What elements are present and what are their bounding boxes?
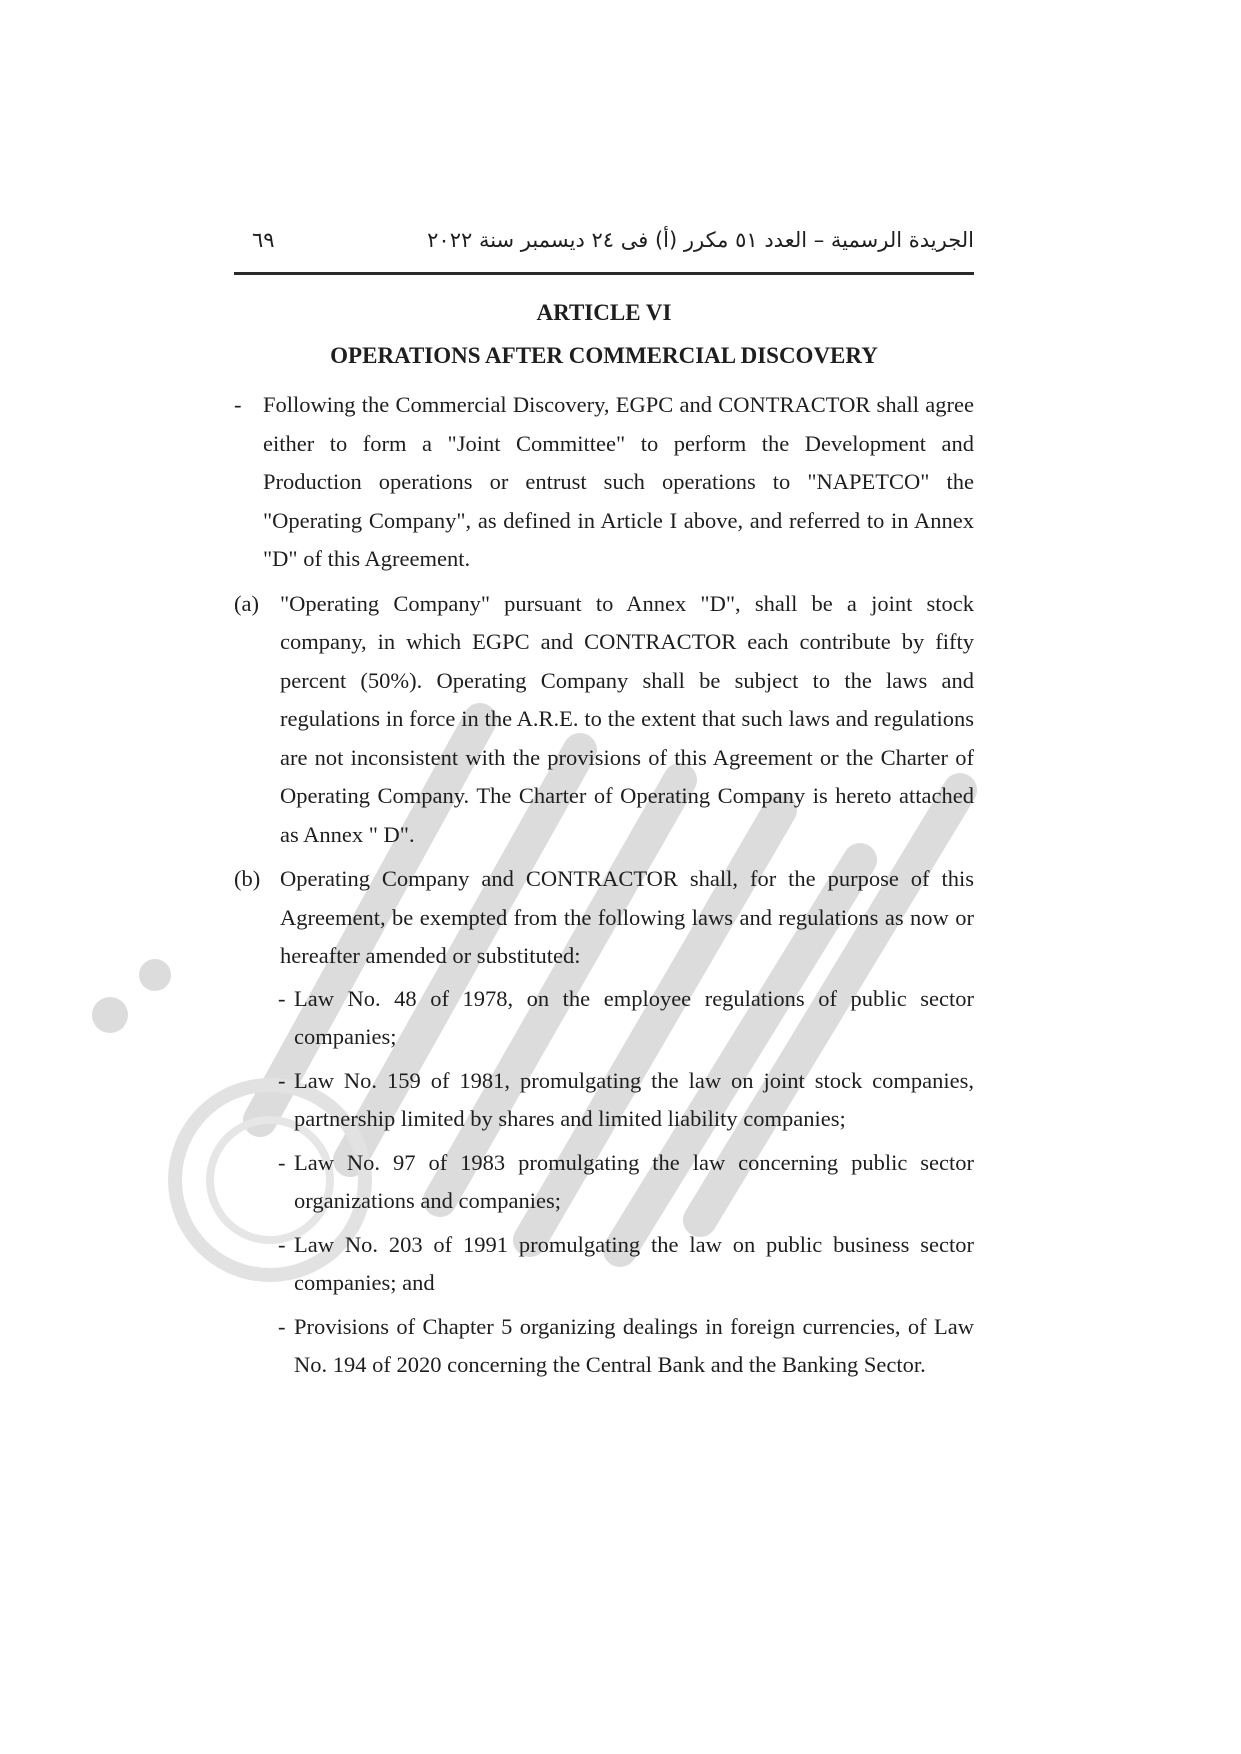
paragraph-a: (a) "Operating Company" pursuant to Anne…	[234, 585, 974, 855]
gazette-title: الجريدة الرسمية – العدد ٥١ مكرر (أ) فى ٢…	[427, 228, 974, 252]
paragraph-a-marker: (a)	[234, 585, 259, 624]
law-list-item: - Law No. 159 of 1981, promulgating the …	[234, 1062, 974, 1139]
paragraph-b-text: Operating Company and CONTRACTOR shall, …	[280, 866, 974, 968]
intro-paragraph: - Following the Commercial Discovery, EG…	[234, 386, 974, 579]
header-divider	[234, 272, 974, 275]
page-number: ٦٩	[252, 228, 275, 252]
paragraph-a-text: "Operating Company" pursuant to Annex "D…	[280, 591, 974, 847]
paragraph-b-marker: (b)	[234, 860, 260, 899]
page-header: ٦٩ الجريدة الرسمية – العدد ٥١ مكرر (أ) ف…	[234, 228, 974, 262]
article-number: ARTICLE VI	[234, 300, 974, 326]
intro-marker: -	[234, 386, 242, 425]
law-list-item: - Provisions of Chapter 5 organizing dea…	[234, 1308, 974, 1385]
law-list-item: - Law No. 97 of 1983 promulgating the la…	[234, 1144, 974, 1221]
paragraph-b: (b) Operating Company and CONTRACTOR sha…	[234, 860, 974, 976]
law-list-item: - Law No. 203 of 1991 promulgating the l…	[234, 1226, 974, 1303]
article-heading: OPERATIONS AFTER COMMERCIAL DISCOVERY	[234, 343, 974, 369]
article-body: - Following the Commercial Discovery, EG…	[234, 386, 974, 1385]
intro-text: Following the Commercial Discovery, EGPC…	[263, 392, 974, 571]
law-list-item: - Law No. 48 of 1978, on the employee re…	[234, 980, 974, 1057]
